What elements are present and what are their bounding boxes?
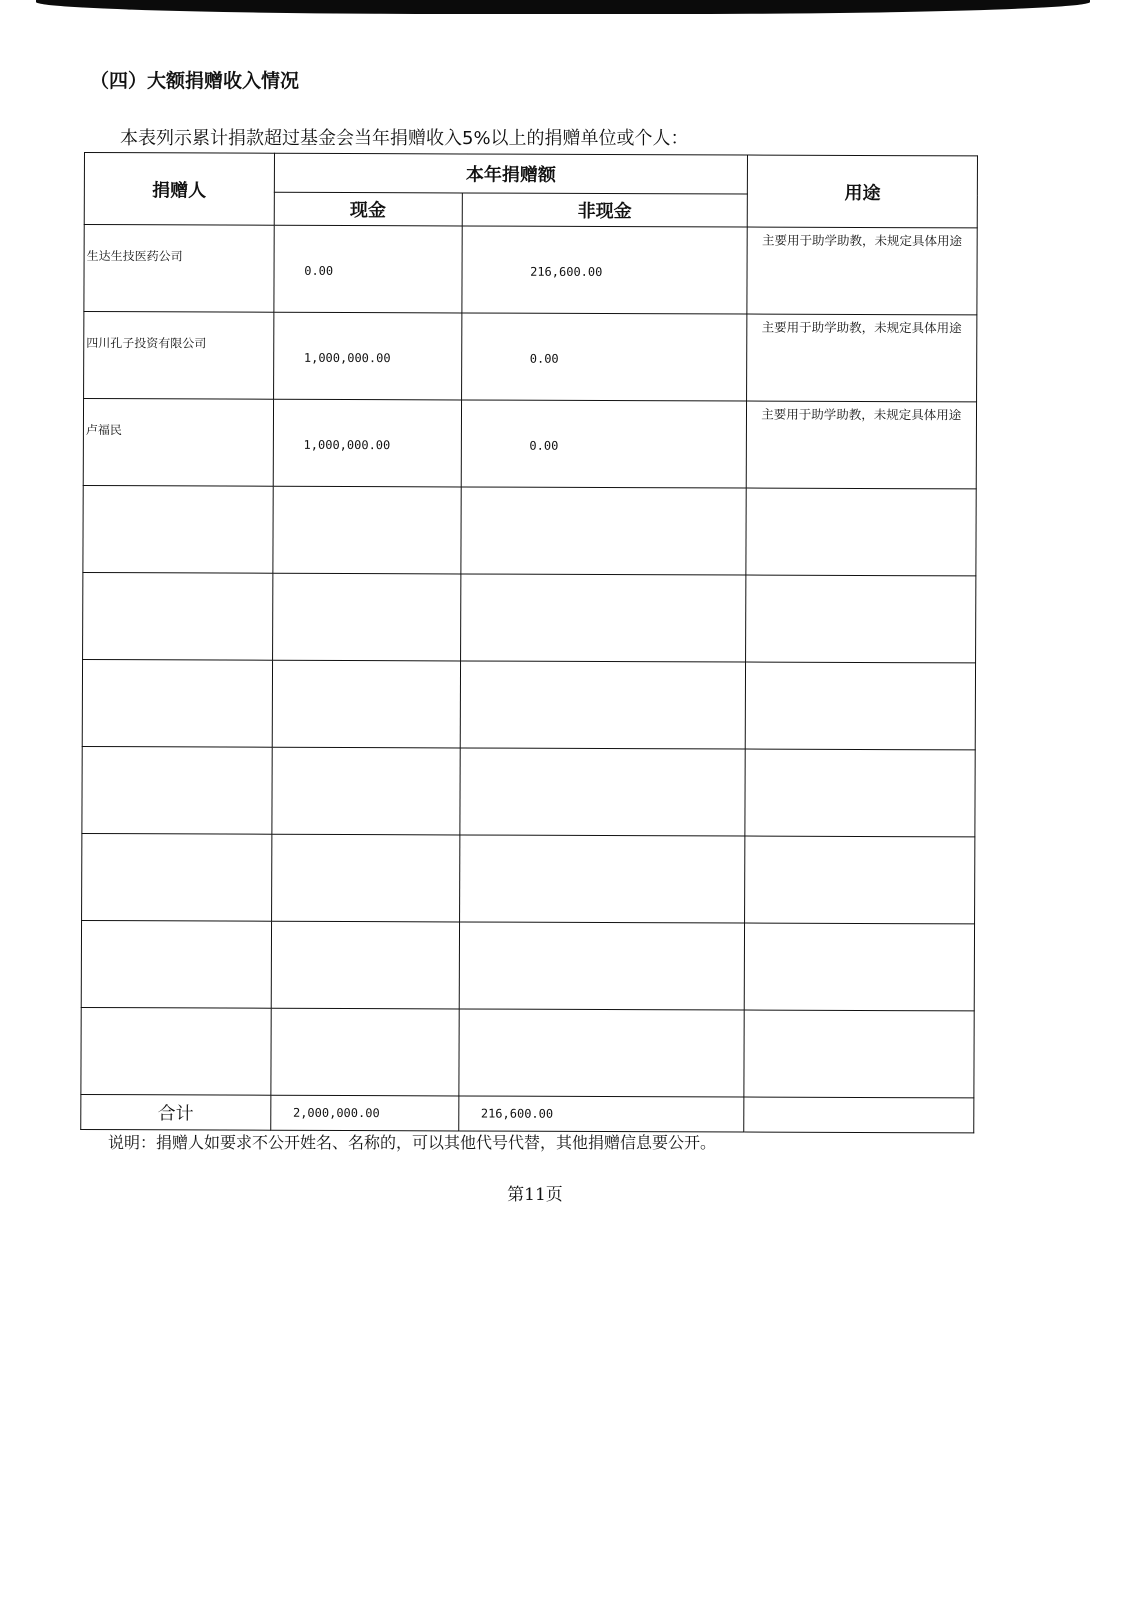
table-row (83, 572, 976, 662)
intro-text: 本表列示累计捐款超过基金会当年捐赠收入5%以上的捐赠单位或个人： (120, 124, 689, 150)
non-cash-amount (460, 748, 745, 787)
total-cash: 2,000,000.00 (271, 1106, 458, 1121)
total-label: 合计 (81, 1099, 270, 1126)
table-row (82, 659, 975, 749)
purpose-text (746, 750, 975, 755)
cash-amount: 0.00 (274, 226, 461, 279)
donor-name: 四川孔子投资有限公司 (84, 312, 273, 352)
purpose-text: 主要用于助学助教，未规定具体用途 (748, 228, 977, 251)
header-donor: 捐赠人 (84, 153, 274, 226)
non-cash-amount (460, 835, 745, 874)
purpose-text (747, 576, 976, 581)
cash-amount (273, 487, 460, 526)
header-purpose: 用途 (748, 155, 978, 228)
donor-name (82, 1008, 271, 1031)
header-cash: 现金 (274, 192, 462, 226)
header-annual-amount: 本年捐赠额 (274, 153, 748, 194)
purpose-text (745, 924, 974, 929)
cash-amount: 1,000,000.00 (274, 400, 461, 453)
purpose-text: 主要用于助学助教，未规定具体用途 (748, 315, 977, 338)
donor-name (82, 921, 271, 944)
cash-amount (272, 835, 459, 874)
purpose-text (746, 837, 975, 842)
purpose-text (747, 489, 976, 494)
non-cash-amount: 216,600.00 (462, 226, 747, 279)
donor-name: 生达生技医药公司 (85, 225, 274, 265)
large-donations-table: 捐赠人 本年捐赠额 用途 现金 非现金 生达生技医药公司0.00216,600.… (80, 152, 978, 1133)
table-row (83, 485, 976, 575)
donor-name (83, 747, 272, 770)
table-row (82, 746, 975, 836)
table-row (82, 833, 975, 923)
non-cash-amount: 0.00 (461, 400, 746, 453)
purpose-text (745, 1011, 974, 1016)
purpose-text: 主要用于助学助教，未规定具体用途 (747, 402, 976, 425)
header-non-cash: 非现金 (462, 193, 748, 227)
table-row (81, 920, 974, 1010)
non-cash-amount (460, 661, 745, 700)
cash-amount (273, 574, 460, 613)
cash-amount (273, 661, 460, 700)
cash-amount (272, 922, 459, 961)
non-cash-amount (461, 487, 746, 526)
total-row: 合计 2,000,000.00 216,600.00 (81, 1094, 974, 1132)
table-row: 生达生技医药公司0.00216,600.00主要用于助学助教，未规定具体用途 (84, 225, 977, 315)
cash-amount (271, 1009, 458, 1048)
cash-amount: 1,000,000.00 (274, 313, 461, 366)
scan-top-edge (36, 0, 1090, 14)
note-text: 说明：捐赠人如要求不公开姓名、名称的，可以其他代号代替，其他捐赠信息要公开。 (108, 1130, 716, 1153)
total-non-cash: 216,600.00 (459, 1106, 744, 1121)
table-row (81, 1007, 974, 1097)
donor-name: 卢福民 (84, 399, 273, 439)
non-cash-amount (461, 574, 746, 613)
cash-amount (272, 748, 459, 787)
donor-name (84, 486, 273, 509)
donor-name (82, 834, 271, 857)
donor-name (83, 573, 272, 596)
non-cash-amount: 0.00 (462, 313, 747, 366)
non-cash-amount (459, 922, 744, 961)
section-title: （四）大额捐赠收入情况 (90, 66, 299, 93)
table-row: 四川孔子投资有限公司1,000,000.000.00主要用于助学助教，未规定具体… (84, 312, 977, 402)
non-cash-amount (459, 1009, 744, 1048)
page-number: 第11页 (0, 1180, 1070, 1205)
purpose-text (746, 663, 975, 668)
table-row: 卢福民1,000,000.000.00主要用于助学助教，未规定具体用途 (83, 399, 976, 489)
donor-name (83, 660, 272, 683)
